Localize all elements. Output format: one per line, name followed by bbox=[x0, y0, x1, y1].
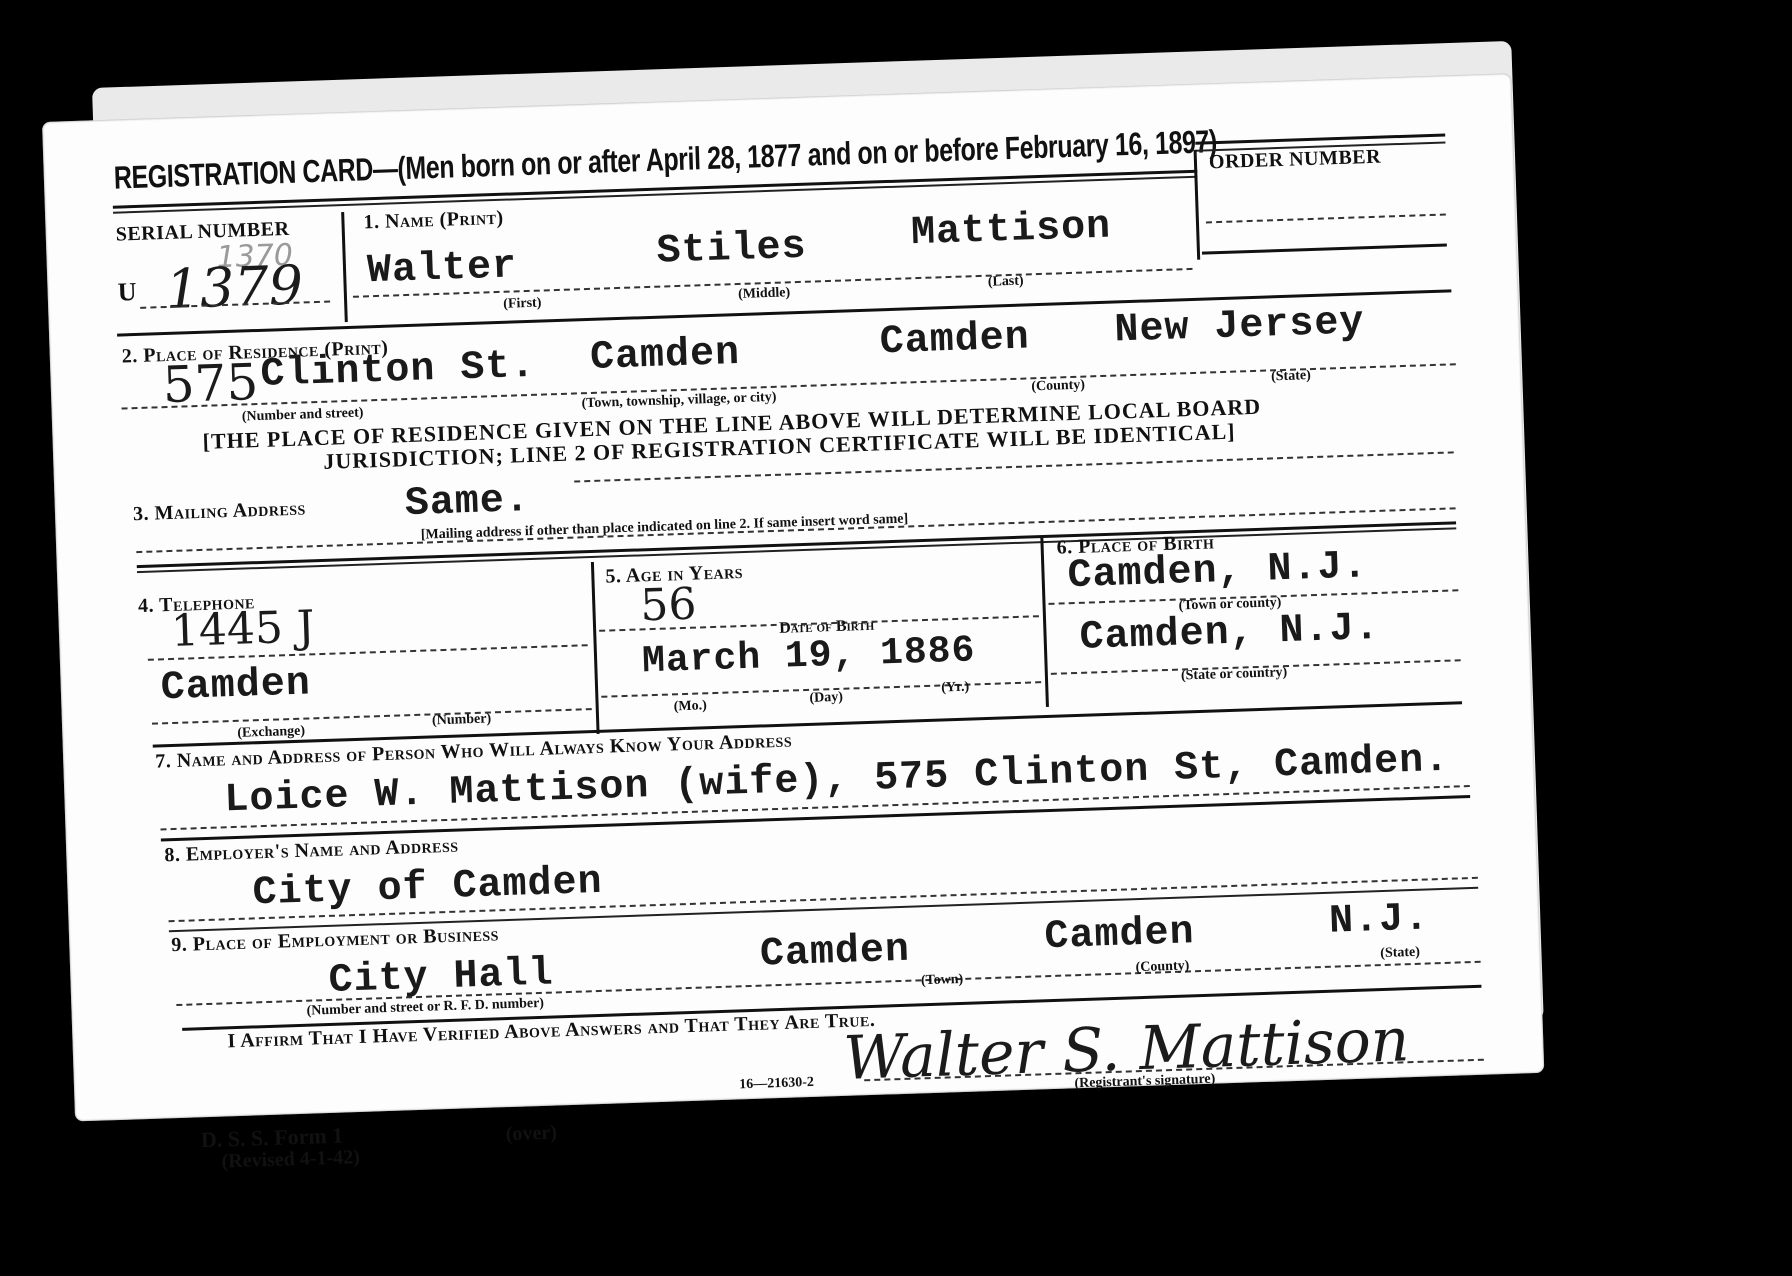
residence-county-value: Camden bbox=[879, 315, 1030, 365]
divider bbox=[153, 701, 1462, 747]
telephone-exchange-value: Camden bbox=[160, 661, 311, 711]
order-number-label: ORDER NUMBER bbox=[1209, 146, 1382, 175]
divider bbox=[591, 562, 600, 734]
number-caption: (Number) bbox=[432, 711, 492, 729]
employment-town-caption: (Town) bbox=[921, 972, 964, 989]
age-value: 56 bbox=[640, 579, 698, 632]
residence-town-value: Camden bbox=[589, 331, 740, 381]
month-caption: (Mo.) bbox=[673, 698, 707, 715]
residence-street-value: Clinton St. bbox=[260, 344, 536, 398]
telephone-exchange-field bbox=[152, 708, 592, 725]
mailing-address-value: Same. bbox=[404, 478, 530, 527]
signature-caption: (Registrant's signature) bbox=[1074, 1072, 1215, 1093]
employment-state-value: N.J. bbox=[1328, 896, 1429, 944]
last-caption: (Last) bbox=[988, 274, 1024, 291]
print-code: 16—21630-2 bbox=[739, 1075, 814, 1093]
day-caption: (Day) bbox=[809, 690, 843, 707]
state-caption: (State) bbox=[1271, 368, 1311, 385]
middle-name-value: Stiles bbox=[656, 225, 807, 275]
first-caption: (First) bbox=[503, 296, 542, 313]
divider bbox=[1040, 537, 1049, 707]
registration-card: REGISTRATION CARD—(Men born on or after … bbox=[42, 73, 1544, 1121]
employment-county-value: Camden bbox=[1044, 910, 1195, 960]
dob-value: March 19, 1886 bbox=[642, 629, 977, 683]
divider bbox=[341, 212, 348, 322]
birthplace-state-caption: (State or country) bbox=[1181, 665, 1288, 685]
divider bbox=[1202, 243, 1447, 254]
county-caption: (County) bbox=[1031, 378, 1085, 396]
telephone-number-value: 1445 J bbox=[170, 601, 315, 657]
birthplace-state-value: Camden, N.J. bbox=[1079, 606, 1380, 661]
employment-town-value: Camden bbox=[759, 928, 910, 978]
first-name-value: Walter bbox=[366, 244, 517, 294]
middle-caption: (Middle) bbox=[738, 285, 791, 303]
name-label: 1. Name (Print) bbox=[363, 207, 504, 235]
last-name-value: Mattison bbox=[910, 205, 1111, 257]
street-caption: (Number and street) bbox=[242, 406, 364, 426]
card-title: REGISTRATION CARD—(Men born on or after … bbox=[113, 123, 1217, 197]
serial-prefix: U bbox=[117, 277, 137, 308]
divider bbox=[1194, 150, 1201, 260]
residence-state-value: New Jersey bbox=[1114, 300, 1365, 353]
employment-state-caption: (State) bbox=[1380, 945, 1420, 962]
birthplace-town-value: Camden, N.J. bbox=[1067, 544, 1368, 599]
order-number-field bbox=[1206, 214, 1446, 224]
form-revised: (Revised 4-1-42) bbox=[221, 1146, 360, 1174]
serial-number-value: 1379 bbox=[165, 253, 304, 321]
over-marker: (over) bbox=[505, 1121, 557, 1146]
mailing-address-label: 3. Mailing Address bbox=[133, 497, 306, 526]
employment-county-caption: (County) bbox=[1135, 958, 1189, 976]
year-caption: (Yr.) bbox=[941, 680, 969, 697]
